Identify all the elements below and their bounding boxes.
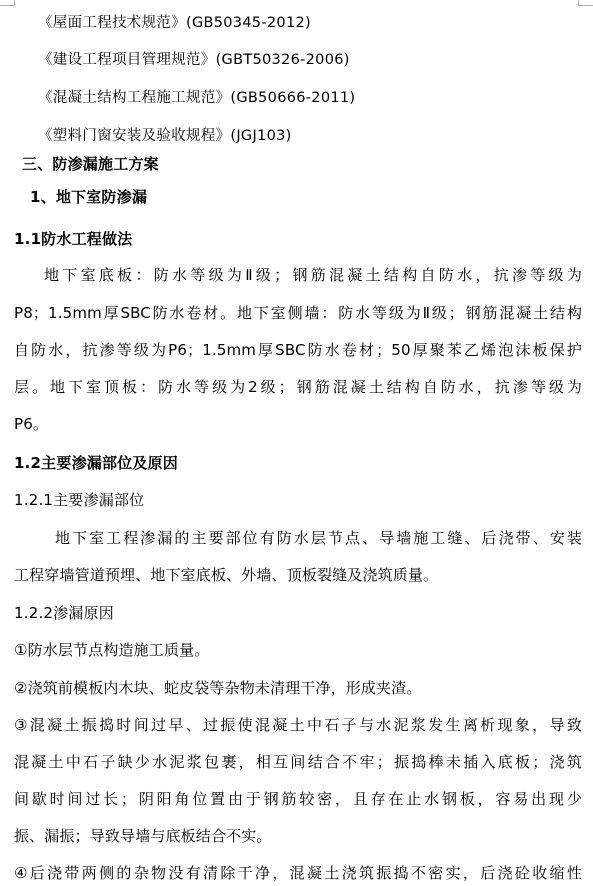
standard-item: 《屋面工程技术规范》(GB50345-2012): [38, 13, 311, 33]
heading-1-2: 1.2主要渗漏部位及原因: [14, 453, 178, 473]
paragraph-line: 工程穿墙管道预埋、地下室底板、外墙、顶板裂缝及浇筑质量。: [14, 565, 582, 585]
paragraph-line: 层。地下室顶板：防水等级为2级；钢筋混凝土结构自防水，抗渗等级为: [14, 377, 582, 397]
page-corner-mark-right: [578, 0, 593, 6]
paragraph-line: 地下室工程渗漏的主要部位有防水层节点、导墙施工缝、后浇带、安装: [55, 528, 582, 548]
page-corner-mark-left: [0, 0, 15, 6]
paragraph-line: 混凝土中石子缺少水泥浆包裹，相互间结合不牢；振捣棒未插入底板；浇筑: [14, 752, 582, 772]
paragraph-line: P6。: [14, 414, 582, 434]
paragraph-line: 地下室底板：防水等级为Ⅱ级；钢筋混凝土结构自防水，抗渗等级为: [44, 265, 582, 285]
standard-item: 《塑料门窗安装及验收规程》(JGJ103): [38, 126, 292, 146]
paragraph-line: 自防水，抗渗等级为P6；1.5mm厚SBC防水卷材；50厚聚苯乙烯泡沫板保护: [14, 340, 582, 360]
paragraph-line: 振、漏振；导致导墙与底板结合不实。: [14, 826, 582, 846]
paragraph-line: P8；1.5mm厚SBC防水卷材。地下室侧墙：防水等级为Ⅱ级；钢筋混凝土结构: [14, 303, 582, 323]
list-item: ④后浇带两侧的杂物没有清除干净，混凝土浇筑振捣不密实，后浇砼收缩性: [14, 863, 582, 883]
standard-item: 《混凝土结构工程施工规范》(GB50666-2011): [38, 88, 355, 108]
heading-1-2-2: 1.2.2渗漏原因: [14, 603, 114, 623]
list-item: ③混凝土振捣时间过早、过振使混凝土中石子与水泥浆发生离析现象，导致: [14, 715, 582, 735]
subsection-heading: 1、地下室防渗漏: [30, 187, 147, 207]
paragraph-line: 间歇时间过长；阴阳角位置由于钢筋较密，且存在止水钢板，容易出现少: [14, 789, 582, 809]
list-item: ①防水层节点构造施工质量。: [14, 640, 582, 660]
section-heading: 三、防渗漏施工方案: [22, 154, 159, 174]
list-item: ②浇筑前模板内木块、蛇皮袋等杂物未清理干净，形成夹渣。: [14, 678, 582, 698]
standard-item: 《建设工程项目管理规范》(GBT50326-2006): [38, 50, 350, 70]
heading-1-2-1: 1.2.1主要渗漏部位: [14, 490, 144, 510]
heading-1-1: 1.1防水工程做法: [14, 229, 132, 249]
